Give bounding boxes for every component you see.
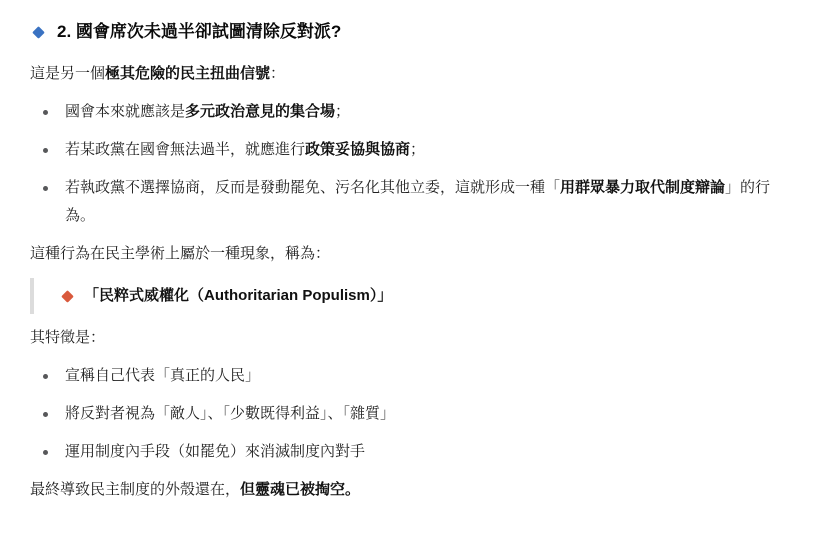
bullet-icon xyxy=(43,186,48,191)
quote-term-text: 「民粹式威權化（Authoritarian Populism）」 xyxy=(84,284,392,308)
bullet-icon xyxy=(43,374,48,379)
conclusion-text: 最終導致民主制度的外殼還在， xyxy=(30,481,240,498)
quote-block: 「民粹式威權化（Authoritarian Populism）」 xyxy=(30,278,794,314)
list-item-text: 宣稱自己代表「真正的人民」 xyxy=(65,362,794,390)
features-paragraph: 其特徵是： xyxy=(30,326,794,350)
item-text: 國會本來就應該是 xyxy=(65,103,185,120)
item-bold-text: 用群眾暴力取代制度辯論 xyxy=(560,179,725,196)
bullet-icon xyxy=(43,450,48,455)
item-punct: ； xyxy=(335,103,350,120)
blue-diamond-icon xyxy=(32,26,45,39)
intro-text: 這是另一個 xyxy=(30,65,105,82)
list-item-text: 若某政黨在國會無法過半，就應進行政策妥協與協商； xyxy=(65,136,794,164)
bullet-icon xyxy=(43,412,48,417)
list-item: 宣稱自己代表「真正的人民」 xyxy=(30,362,794,390)
list-item: 若某政黨在國會無法過半，就應進行政策妥協與協商； xyxy=(30,136,794,164)
list-item-text: 將反對者視為「敵人」、「少數既得利益」、「雜質」 xyxy=(65,400,794,428)
conclusion-paragraph: 最終導致民主制度的外殼還在，但靈魂已被掏空。 xyxy=(30,478,794,502)
section-heading-text: 2. 國會席次未過半卻試圖清除反對派? xyxy=(57,20,341,44)
red-diamond-icon xyxy=(61,290,74,303)
list-item-text: 運用制度內手段（如罷免）來消滅制度內對手 xyxy=(65,438,794,466)
intro-colon: ： xyxy=(270,65,285,82)
item-punct: ； xyxy=(410,141,425,158)
bullet-icon xyxy=(43,110,48,115)
phenomenon-paragraph: 這種行為在民主學術上屬於一種現象，稱為： xyxy=(30,242,794,266)
list-item: 若執政黨不選擇協商，反而是發動罷免、污名化其他立委，這就形成一種「用群眾暴力取代… xyxy=(30,174,794,230)
bullet-icon xyxy=(43,148,48,153)
signal-list: 國會本來就應該是多元政治意見的集合場； 若某政黨在國會無法過半，就應進行政策妥協… xyxy=(30,98,794,230)
features-list: 宣稱自己代表「真正的人民」 將反對者視為「敵人」、「少數既得利益」、「雜質」 運… xyxy=(30,362,794,466)
item-bold-text: 政策妥協與協商 xyxy=(305,141,410,158)
list-item-text: 國會本來就應該是多元政治意見的集合場； xyxy=(65,98,794,126)
item-text: 若某政黨在國會無法過半，就應進行 xyxy=(65,141,305,158)
conclusion-bold-text: 但靈魂已被掏空。 xyxy=(240,481,360,498)
item-bold-text: 多元政治意見的集合場 xyxy=(185,103,335,120)
section-heading: 2. 國會席次未過半卻試圖清除反對派? xyxy=(30,20,794,44)
item-text: 若執政黨不選擇協商，反而是發動罷免、污名化其他立委，這就形成一種「 xyxy=(65,179,560,196)
document-page: 2. 國會席次未過半卻試圖清除反對派? 這是另一個極其危險的民主扭曲信號： 國會… xyxy=(0,0,818,545)
list-item-text: 若執政黨不選擇協商，反而是發動罷免、污名化其他立委，這就形成一種「用群眾暴力取代… xyxy=(65,174,794,230)
list-item: 將反對者視為「敵人」、「少數既得利益」、「雜質」 xyxy=(30,400,794,428)
list-item: 國會本來就應該是多元政治意見的集合場； xyxy=(30,98,794,126)
intro-paragraph: 這是另一個極其危險的民主扭曲信號： xyxy=(30,62,794,86)
intro-bold-text: 極其危險的民主扭曲信號 xyxy=(105,65,270,82)
list-item: 運用制度內手段（如罷免）來消滅制度內對手 xyxy=(30,438,794,466)
